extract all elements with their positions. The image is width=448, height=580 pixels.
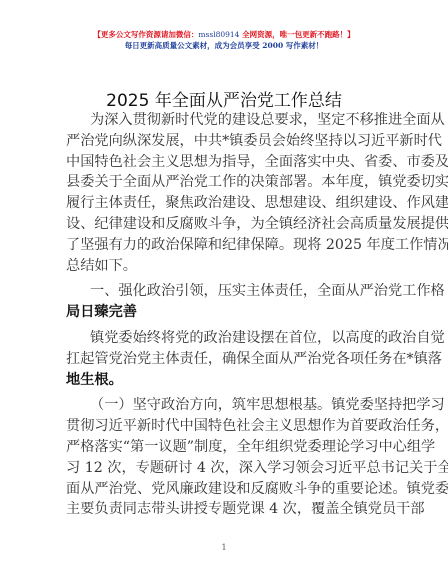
promo-banner-line-2: 每日更新高质量公文素材，成为会员享受 2000 写作素材！ (0, 41, 448, 51)
text-line: 了坚强有力的政治保障和纪律保障。现将 2025 年度工作情况 (66, 235, 384, 256)
text-line: 履行主体责任，聚焦政治建设、思想建设、组织建设、作风建 (66, 193, 384, 214)
paragraph-section-1-intro: 镇党委始终将党的政治建设摆在首位，以高度的政治自觉 扛起管党治党主体责任，确保全… (66, 328, 384, 390)
text-line: 县委关于全面从严治党工作的决策部署。本年度，镇党委切实 (66, 172, 384, 193)
promo-banner-line-1: 【更多公文写作资源请加微信：mssl80914 全网资源，唯一包更新不跑路！】 (0, 30, 448, 40)
text-line: 地生根。 (66, 370, 384, 391)
page-number: 1 (0, 543, 448, 552)
heading-line: 一、强化政治引领，压实主体责任，全面从严治党工作格 (66, 281, 384, 302)
promo-prefix: 【更多公文写作资源请加微信： (93, 30, 198, 39)
document-page: 【更多公文写作资源请加微信：mssl80914 全网资源，唯一包更新不跑路！】 … (0, 0, 448, 580)
paragraph-intro: 为深入贯彻新时代党的建设总要求，坚定不移推进全面从 严治党向纵深发展，中共*镇委… (66, 110, 384, 276)
text-line: 主要负责同志带头讲授专题党课 4 次，覆盖全镇党员干部 (66, 499, 384, 520)
text-line: 镇党委始终将党的政治建设摆在首位，以高度的政治自觉 (66, 328, 384, 349)
text-line: 严治党向纵深发展，中共*镇委员会始终坚持以习近平新时代 (66, 131, 384, 152)
text-line: 贯彻习近平新时代中国特色社会主义思想作为首要政治任务， (66, 416, 384, 437)
section-heading-1: 一、强化政治引领，压实主体责任，全面从严治党工作格 局日臻完善 (66, 281, 384, 323)
text-line: 严格落实“第一议题”制度，全年组织党委理论学习中心组学 (66, 437, 384, 458)
document-body: 为深入贯彻新时代党的建设总要求，坚定不移推进全面从 严治党向纵深发展，中共*镇委… (66, 110, 384, 520)
text-line: 面从严治党、党风廉政建设和反腐败斗争的重要论述。镇党委 (66, 479, 384, 500)
text-line: （一）坚守政治方向，筑牢思想根基。镇党委坚持把学习 (66, 395, 384, 416)
document-title: 2025 年全面从严治党工作总结 (0, 90, 448, 112)
paragraph-subsection-1: （一）坚守政治方向，筑牢思想根基。镇党委坚持把学习 贯彻习近平新时代中国特色社会… (66, 395, 384, 520)
heading-line: 局日臻完善 (66, 302, 384, 323)
text-line: 为深入贯彻新时代党的建设总要求，坚定不移推进全面从 (66, 110, 384, 131)
text-line: 习 12 次，专题研讨 4 次，深入学习领会习近平总书记关于全 (66, 458, 384, 479)
text-line: 总结如下。 (66, 256, 384, 277)
text-line: 扛起管党治党主体责任，确保全面从严治党各项任务在*镇落 (66, 349, 384, 370)
text-line: 中国特色社会主义思想为指导，全面落实中央、省委、市委及 (66, 152, 384, 173)
text-line: 设、纪律建设和反腐败斗争，为全镇经济社会高质量发展提供 (66, 214, 384, 235)
promo-wechat-id: mssl80914 (198, 30, 239, 39)
promo-suffix: 全网资源，唯一包更新不跑路！】 (239, 30, 354, 39)
